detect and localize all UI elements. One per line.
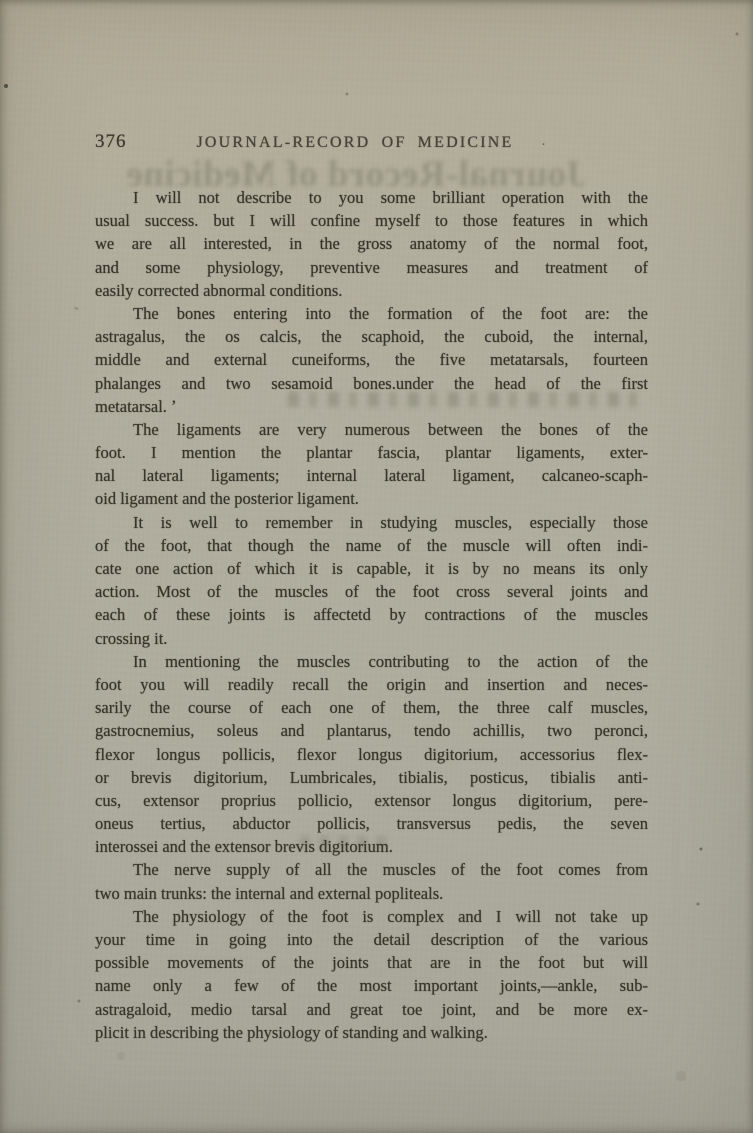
paragraph: The physiology of the foot is complex an… [95,905,648,1044]
text-line: usual success. but I will confine myself… [95,209,648,232]
text-line: The ligaments are very numerous between … [95,418,648,441]
text-line: oid ligament and the posterior ligament. [95,487,648,510]
paragraph: The ligaments are very numerous between … [95,418,648,511]
page-text: I will not describe to you some brillian… [95,186,648,1044]
text-line: possible movements of the joints that ar… [95,951,648,974]
text-line: two main trunks: the internal and extern… [95,882,648,905]
running-head-stray-dot: · [541,137,546,154]
text-line: foot you will readily recall the origin … [95,673,648,696]
text-line: flexor longus pollicis, flexor longus di… [95,743,648,766]
text-line: metatarsal. ʼ [95,395,648,418]
text-line: foot. I mention the plantar fascia, plan… [95,441,648,464]
text-line: The bones entering into the formation of… [95,302,648,325]
text-line: name only a few of the most important jo… [95,974,648,997]
text-line: action. Most of the muscles of the foot … [95,580,648,603]
text-line: and some physiology, preventive measures… [95,256,648,279]
scanned-page: Journal-Record of Medicine 376 JOURNAL-R… [0,0,753,1133]
text-line: astragaloid, medio tarsal and great toe … [95,998,648,1021]
text-line: plicit in describing the physiology of s… [95,1021,648,1044]
marginal-ink-mark: ‶ [74,305,79,321]
paragraph: It is well to remember in studying muscl… [95,511,648,650]
text-line: The physiology of the foot is complex an… [95,905,648,928]
paragraph: The nerve supply of all the muscles of t… [95,858,648,904]
paragraph: I will not describe to you some brillian… [95,186,648,302]
text-line: we are all interested, in the gross anat… [95,232,648,255]
text-line: crossing it. [95,627,648,650]
text-line: In mentioning the muscles contributing t… [95,650,648,673]
text-line: sarily the course of each one of them, t… [95,696,648,719]
paper-specks [0,0,2,2]
text-line: I will not describe to you some brillian… [95,186,648,209]
text-line: phalanges and two sesamoid bones.under t… [95,372,648,395]
text-line: each of these joints is affectetd by con… [95,603,648,626]
text-line: easily corrected abnormal conditions. [95,279,648,302]
text-line: cus, extensor proprius pollicio, extenso… [95,789,648,812]
text-line: It is well to remember in studying muscl… [95,511,648,534]
text-line: astragalus, the os calcis, the scaphoid,… [95,325,648,348]
text-line: or brevis digitorium, Lumbricales, tibia… [95,766,648,789]
text-line: interossei and the extensor brevis digit… [95,835,648,858]
text-line: nal lateral ligaments; internal lateral … [95,464,648,487]
text-line: middle and external cuneiforms, the five… [95,348,648,371]
text-line: The nerve supply of all the muscles of t… [95,858,648,881]
text-line: oneus tertius, abductor pollicis, transv… [95,812,648,835]
text-line: of the foot, that though the name of the… [95,534,648,557]
text-line: gastrocnemius, soleus and plantarus, ten… [95,719,648,742]
paragraph: In mentioning the muscles contributing t… [95,650,648,859]
text-line: cate one action of which it is capable, … [95,557,648,580]
paragraph: The bones entering into the formation of… [95,302,648,418]
running-head: JOURNAL-RECORD OF MEDICINE [95,134,615,152]
text-line: your time in going into the detail descr… [95,928,648,951]
